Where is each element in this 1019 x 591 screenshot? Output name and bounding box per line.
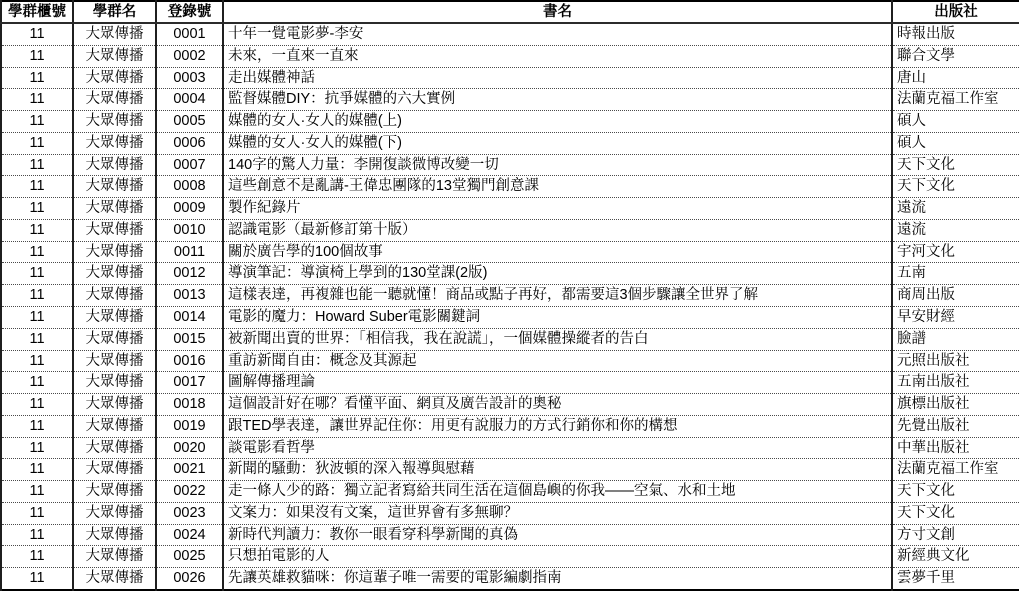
- table-row: 11大眾傳播0016重訪新聞自由：概念及其源起元照出版社: [1, 350, 1019, 372]
- cell-group[interactable]: 大眾傳播: [73, 546, 156, 568]
- cell-title[interactable]: 關於廣告學的100個故事: [223, 241, 892, 263]
- cell-group[interactable]: 大眾傳播: [73, 394, 156, 416]
- cell-publisher[interactable]: 先覺出版社: [892, 415, 1019, 437]
- cell-cabinet[interactable]: 11: [1, 67, 73, 89]
- table-row: 11大眾傳播0013這樣表達，再複雜也能一聽就懂！商品或點子再好，都需要這3個步…: [1, 285, 1019, 307]
- table-row: 11大眾傳播0023文案力：如果沒有文案，這世界會有多無聊？天下文化: [1, 502, 1019, 524]
- cell-publisher[interactable]: 早安財經: [892, 306, 1019, 328]
- cell-serial[interactable]: 0013: [156, 285, 223, 307]
- cell-cabinet[interactable]: 11: [1, 350, 73, 372]
- header-cell-serial[interactable]: 登錄號: [156, 1, 223, 23]
- cell-cabinet[interactable]: 11: [1, 546, 73, 568]
- cell-cabinet[interactable]: 11: [1, 111, 73, 133]
- cell-group[interactable]: 大眾傳播: [73, 219, 156, 241]
- cell-serial[interactable]: 0015: [156, 328, 223, 350]
- cell-title[interactable]: 媒體的女人·女人的媒體(上): [223, 111, 892, 133]
- cell-cabinet[interactable]: 11: [1, 328, 73, 350]
- cell-title[interactable]: 先讓英雄救貓咪：你這輩子唯一需要的電影編劇指南: [223, 568, 892, 590]
- cell-publisher[interactable]: 碩人: [892, 111, 1019, 133]
- cell-publisher[interactable]: 遠流: [892, 198, 1019, 220]
- cell-title[interactable]: 走出媒體神話: [223, 67, 892, 89]
- table-row: 11大眾傳播0008這些創意不是亂講-王偉忠團隊的13堂獨門創意課天下文化: [1, 176, 1019, 198]
- cell-publisher[interactable]: 方寸文創: [892, 524, 1019, 546]
- cell-cabinet[interactable]: 11: [1, 524, 73, 546]
- cell-title[interactable]: 這個設計好在哪？看懂平面、網頁及廣告設計的奧秘: [223, 394, 892, 416]
- cell-cabinet[interactable]: 11: [1, 502, 73, 524]
- cell-publisher[interactable]: 五南出版社: [892, 372, 1019, 394]
- book-catalog-sheet: 學群櫃號學群名登錄號書名出版社 11大眾傳播0001十年一覺電影夢-李安時報出版…: [0, 0, 1019, 591]
- cell-group[interactable]: 大眾傳播: [73, 263, 156, 285]
- cell-group[interactable]: 大眾傳播: [73, 198, 156, 220]
- cell-serial[interactable]: 0020: [156, 437, 223, 459]
- cell-title[interactable]: 監督媒體DIY：抗爭媒體的六大實例: [223, 89, 892, 111]
- cell-group[interactable]: 大眾傳播: [73, 23, 156, 45]
- cell-cabinet[interactable]: 11: [1, 372, 73, 394]
- cell-serial[interactable]: 0022: [156, 481, 223, 503]
- cell-serial[interactable]: 0025: [156, 546, 223, 568]
- cell-cabinet[interactable]: 11: [1, 132, 73, 154]
- cell-serial[interactable]: 0023: [156, 502, 223, 524]
- cell-serial[interactable]: 0005: [156, 111, 223, 133]
- cell-cabinet[interactable]: 11: [1, 23, 73, 45]
- cell-publisher[interactable]: 旗標出版社: [892, 394, 1019, 416]
- header-cell-group[interactable]: 學群名: [73, 1, 156, 23]
- cell-title[interactable]: 被新聞出賣的世界：「相信我，我在說謊」，一個媒體操縱者的告白: [223, 328, 892, 350]
- cell-publisher[interactable]: 五南: [892, 263, 1019, 285]
- cell-serial[interactable]: 0009: [156, 198, 223, 220]
- cell-group[interactable]: 大眾傳播: [73, 306, 156, 328]
- cell-group[interactable]: 大眾傳播: [73, 459, 156, 481]
- table-header: 學群櫃號學群名登錄號書名出版社: [1, 1, 1019, 23]
- cell-cabinet[interactable]: 11: [1, 154, 73, 176]
- cell-group[interactable]: 大眾傳播: [73, 372, 156, 394]
- cell-title[interactable]: 認識電影（最新修訂第十版）: [223, 219, 892, 241]
- cell-group[interactable]: 大眾傳播: [73, 350, 156, 372]
- cell-group[interactable]: 大眾傳播: [73, 45, 156, 67]
- cell-publisher[interactable]: 中華出版社: [892, 437, 1019, 459]
- table-row: 11大眾傳播0021新聞的騷動：狄波頓的深入報導與慰藉法蘭克福工作室: [1, 459, 1019, 481]
- cell-title[interactable]: 電影的魔力：Howard Suber電影關鍵詞: [223, 306, 892, 328]
- cell-cabinet[interactable]: 11: [1, 568, 73, 590]
- table-row: 11大眾傳播0009製作紀錄片遠流: [1, 198, 1019, 220]
- header-cell-cabinet[interactable]: 學群櫃號: [1, 1, 73, 23]
- cell-title[interactable]: 這樣表達，再複雜也能一聽就懂！商品或點子再好，都需要這3個步驟讓全世界了解: [223, 285, 892, 307]
- cell-group[interactable]: 大眾傳播: [73, 132, 156, 154]
- table-row: 11大眾傳播0019跟TED學表達，讓世界記住你：用更有說服力的方式行銷你和你的…: [1, 415, 1019, 437]
- cell-title[interactable]: 跟TED學表達，讓世界記住你：用更有說服力的方式行銷你和你的構想: [223, 415, 892, 437]
- cell-publisher[interactable]: 臉譜: [892, 328, 1019, 350]
- cell-publisher[interactable]: 元照出版社: [892, 350, 1019, 372]
- cell-cabinet[interactable]: 11: [1, 241, 73, 263]
- cell-serial[interactable]: 0018: [156, 394, 223, 416]
- cell-title[interactable]: 談電影看哲學: [223, 437, 892, 459]
- cell-serial[interactable]: 0021: [156, 459, 223, 481]
- cell-title[interactable]: 媒體的女人·女人的媒體(下): [223, 132, 892, 154]
- table-row: 11大眾傳播0014電影的魔力：Howard Suber電影關鍵詞早安財經: [1, 306, 1019, 328]
- cell-serial[interactable]: 0004: [156, 89, 223, 111]
- cell-title[interactable]: 製作紀錄片: [223, 198, 892, 220]
- cell-title[interactable]: 未來，一直來一直來: [223, 45, 892, 67]
- cell-title[interactable]: 導演筆記：導演椅上學到的130堂課(2版): [223, 263, 892, 285]
- cell-group[interactable]: 大眾傳播: [73, 176, 156, 198]
- cell-publisher[interactable]: 天下文化: [892, 154, 1019, 176]
- table-row: 11大眾傳播0012導演筆記：導演椅上學到的130堂課(2版)五南: [1, 263, 1019, 285]
- table-body: 11大眾傳播0001十年一覺電影夢-李安時報出版11大眾傳播0002未來，一直來…: [1, 23, 1019, 590]
- cell-title[interactable]: 走一條人少的路：獨立記者寫給共同生活在這個島嶼的你我——空氣、水和土地: [223, 481, 892, 503]
- cell-publisher[interactable]: 遠流: [892, 219, 1019, 241]
- cell-group[interactable]: 大眾傳播: [73, 415, 156, 437]
- cell-cabinet[interactable]: 11: [1, 176, 73, 198]
- cell-title[interactable]: 十年一覺電影夢-李安: [223, 23, 892, 45]
- cell-cabinet[interactable]: 11: [1, 198, 73, 220]
- header-cell-title[interactable]: 書名: [223, 1, 892, 23]
- table-row: 11大眾傳播0011關於廣告學的100個故事宇河文化: [1, 241, 1019, 263]
- cell-publisher[interactable]: 天下文化: [892, 176, 1019, 198]
- cell-serial[interactable]: 0007: [156, 154, 223, 176]
- header-row: 學群櫃號學群名登錄號書名出版社: [1, 1, 1019, 23]
- header-cell-publisher[interactable]: 出版社: [892, 1, 1019, 23]
- table-row: 11大眾傳播0024新時代判讀力：教你一眼看穿科學新聞的真偽方寸文創: [1, 524, 1019, 546]
- table-row: 11大眾傳播0003走出媒體神話唐山: [1, 67, 1019, 89]
- cell-serial[interactable]: 0010: [156, 219, 223, 241]
- cell-cabinet[interactable]: 11: [1, 89, 73, 111]
- cell-cabinet[interactable]: 11: [1, 219, 73, 241]
- cell-group[interactable]: 大眾傳播: [73, 481, 156, 503]
- cell-cabinet[interactable]: 11: [1, 306, 73, 328]
- cell-publisher[interactable]: 商周出版: [892, 285, 1019, 307]
- cell-publisher[interactable]: 唐山: [892, 67, 1019, 89]
- table-row: 11大眾傳播0026先讓英雄救貓咪：你這輩子唯一需要的電影編劇指南雲夢千里: [1, 568, 1019, 590]
- cell-cabinet[interactable]: 11: [1, 481, 73, 503]
- cell-group[interactable]: 大眾傳播: [73, 154, 156, 176]
- cell-publisher[interactable]: 碩人: [892, 132, 1019, 154]
- cell-group[interactable]: 大眾傳播: [73, 285, 156, 307]
- table-row: 11大眾傳播0025只想拍電影的人新經典文化: [1, 546, 1019, 568]
- cell-serial[interactable]: 0016: [156, 350, 223, 372]
- cell-title[interactable]: 重訪新聞自由：概念及其源起: [223, 350, 892, 372]
- cell-serial[interactable]: 0008: [156, 176, 223, 198]
- table-row: 11大眾傳播0002未來，一直來一直來聯合文學: [1, 45, 1019, 67]
- table-row: 11大眾傳播0004監督媒體DIY：抗爭媒體的六大實例法蘭克福工作室: [1, 89, 1019, 111]
- cell-title[interactable]: 只想拍電影的人: [223, 546, 892, 568]
- cell-serial[interactable]: 0019: [156, 415, 223, 437]
- cell-cabinet[interactable]: 11: [1, 459, 73, 481]
- cell-title[interactable]: 圖解傳播理論: [223, 372, 892, 394]
- cell-serial[interactable]: 0003: [156, 67, 223, 89]
- cell-serial[interactable]: 0024: [156, 524, 223, 546]
- cell-publisher[interactable]: 天下文化: [892, 481, 1019, 503]
- book-catalog-table: 學群櫃號學群名登錄號書名出版社 11大眾傳播0001十年一覺電影夢-李安時報出版…: [0, 0, 1019, 591]
- table-row: 11大眾傳播0015被新聞出賣的世界：「相信我，我在說謊」，一個媒體操縱者的告白…: [1, 328, 1019, 350]
- cell-title[interactable]: 新時代判讀力：教你一眼看穿科學新聞的真偽: [223, 524, 892, 546]
- table-row: 11大眾傳播0005媒體的女人·女人的媒體(上)碩人: [1, 111, 1019, 133]
- cell-cabinet[interactable]: 11: [1, 437, 73, 459]
- cell-publisher[interactable]: 聯合文學: [892, 45, 1019, 67]
- cell-publisher[interactable]: 法蘭克福工作室: [892, 89, 1019, 111]
- cell-title[interactable]: 文案力：如果沒有文案，這世界會有多無聊？: [223, 502, 892, 524]
- cell-title[interactable]: 140字的驚人力量：李開復談微博改變一切: [223, 154, 892, 176]
- cell-serial[interactable]: 0012: [156, 263, 223, 285]
- table-row: 11大眾傳播0007140字的驚人力量：李開復談微博改變一切天下文化: [1, 154, 1019, 176]
- table-row: 11大眾傳播0020談電影看哲學中華出版社: [1, 437, 1019, 459]
- cell-publisher[interactable]: 宇河文化: [892, 241, 1019, 263]
- cell-group[interactable]: 大眾傳播: [73, 437, 156, 459]
- table-row: 11大眾傳播0001十年一覺電影夢-李安時報出版: [1, 23, 1019, 45]
- cell-serial[interactable]: 0026: [156, 568, 223, 590]
- cell-serial[interactable]: 0001: [156, 23, 223, 45]
- cell-serial[interactable]: 0017: [156, 372, 223, 394]
- cell-serial[interactable]: 0011: [156, 241, 223, 263]
- table-row: 11大眾傳播0022走一條人少的路：獨立記者寫給共同生活在這個島嶼的你我——空氣…: [1, 481, 1019, 503]
- cell-title[interactable]: 這些創意不是亂講-王偉忠團隊的13堂獨門創意課: [223, 176, 892, 198]
- cell-group[interactable]: 大眾傳播: [73, 502, 156, 524]
- cell-publisher[interactable]: 時報出版: [892, 23, 1019, 45]
- cell-serial[interactable]: 0002: [156, 45, 223, 67]
- cell-publisher[interactable]: 天下文化: [892, 502, 1019, 524]
- cell-publisher[interactable]: 法蘭克福工作室: [892, 459, 1019, 481]
- cell-cabinet[interactable]: 11: [1, 263, 73, 285]
- cell-publisher[interactable]: 新經典文化: [892, 546, 1019, 568]
- cell-group[interactable]: 大眾傳播: [73, 524, 156, 546]
- table-row: 11大眾傳播0006媒體的女人·女人的媒體(下)碩人: [1, 132, 1019, 154]
- cell-cabinet[interactable]: 11: [1, 394, 73, 416]
- cell-group[interactable]: 大眾傳播: [73, 67, 156, 89]
- cell-title[interactable]: 新聞的騷動：狄波頓的深入報導與慰藉: [223, 459, 892, 481]
- cell-cabinet[interactable]: 11: [1, 45, 73, 67]
- table-row: 11大眾傳播0018這個設計好在哪？看懂平面、網頁及廣告設計的奧秘旗標出版社: [1, 394, 1019, 416]
- cell-group[interactable]: 大眾傳播: [73, 328, 156, 350]
- cell-cabinet[interactable]: 11: [1, 415, 73, 437]
- cell-publisher[interactable]: 雲夢千里: [892, 568, 1019, 590]
- table-row: 11大眾傳播0010認識電影（最新修訂第十版）遠流: [1, 219, 1019, 241]
- cell-group[interactable]: 大眾傳播: [73, 111, 156, 133]
- cell-group[interactable]: 大眾傳播: [73, 241, 156, 263]
- cell-group[interactable]: 大眾傳播: [73, 568, 156, 590]
- table-row: 11大眾傳播0017圖解傳播理論五南出版社: [1, 372, 1019, 394]
- cell-cabinet[interactable]: 11: [1, 285, 73, 307]
- cell-group[interactable]: 大眾傳播: [73, 89, 156, 111]
- cell-serial[interactable]: 0014: [156, 306, 223, 328]
- cell-serial[interactable]: 0006: [156, 132, 223, 154]
